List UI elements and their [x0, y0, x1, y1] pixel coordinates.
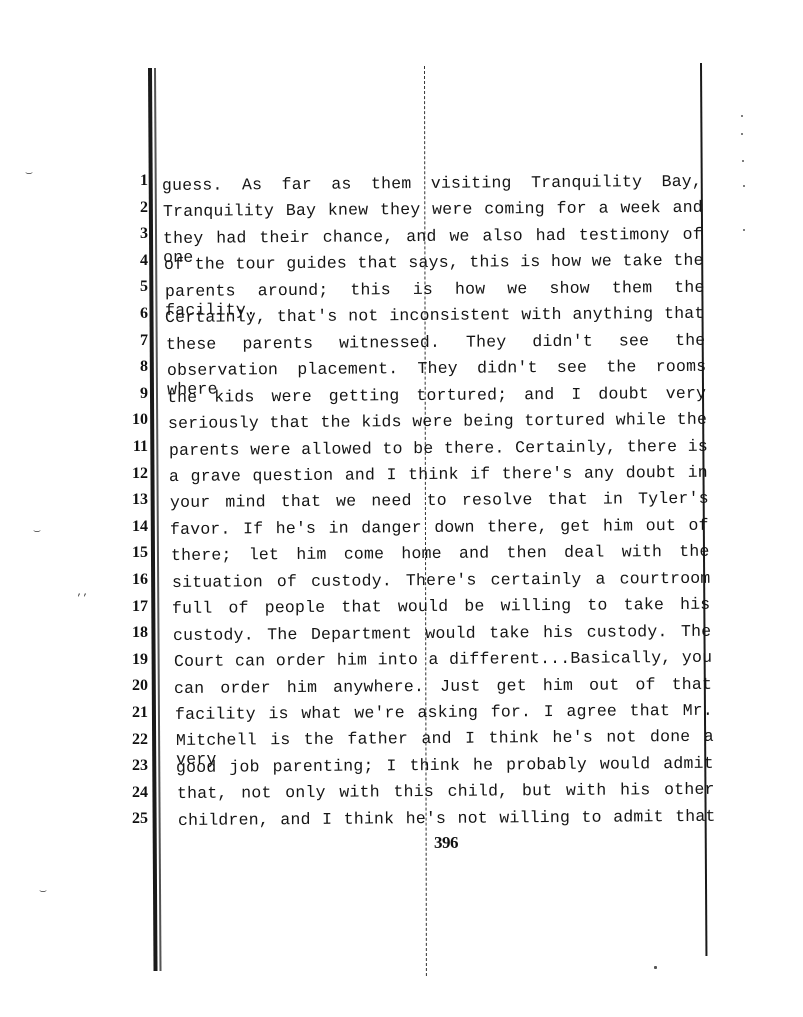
transcript-line: your mind that we need to resolve that i…: [170, 489, 709, 513]
transcript-line: favor. If he's in danger down there, get…: [170, 516, 709, 540]
transcript-line: custody. The Department would take his c…: [173, 621, 711, 645]
transcript-line: that, not only with this child, but with…: [177, 780, 715, 804]
transcript-line: guess. As far as them visiting Tranquili…: [162, 172, 702, 196]
transcript-line: parents were allowed to be there. Certai…: [168, 436, 707, 460]
transcript-line: they had their chance, and we also had t…: [163, 225, 703, 249]
transcript-line: Certainly, that's not inconsistent with …: [165, 304, 705, 328]
transcript-line: Mitchell is the father and I think he's …: [176, 727, 714, 751]
transcript-line: of the tour guides that says, this is ho…: [164, 251, 704, 275]
transcript-line: the kids were getting tortured; and I do…: [167, 383, 706, 407]
transcript-line: facility is what we're asking for. I agr…: [175, 701, 713, 725]
transcript-line: situation of custody. There's certainly …: [172, 569, 711, 593]
transcript-line: Tranquility Bay knew they were coming fo…: [163, 198, 703, 222]
transcript-line: can order him anywhere. Just get him out…: [174, 674, 712, 698]
transcript-line: a grave question and I think if there's …: [169, 463, 708, 487]
transcript-line: observation placement. They didn't see t…: [166, 357, 705, 381]
page-number: 396: [434, 833, 458, 853]
transcript-line: seriously that the kids were being tortu…: [168, 410, 707, 434]
transcript-line: there; let him come home and then deal w…: [171, 542, 710, 566]
transcript-page: ‿ ‿ ’’ ‿ 1234567891011121314151617181920…: [0, 0, 803, 1017]
transcript-line: Court can order him into a different...B…: [174, 648, 712, 672]
transcript-line: these parents witnessed. They didn't see…: [166, 330, 706, 354]
transcript-line: children, and I think he's not willing t…: [178, 807, 716, 831]
transcript-text: guess. As far as them visiting Tranquili…: [0, 0, 803, 1017]
transcript-line: parents around; this is how we show them…: [165, 278, 705, 302]
transcript-line: full of people that would be willing to …: [172, 595, 711, 619]
transcript-line: good job parenting; I think he probably …: [176, 754, 714, 778]
